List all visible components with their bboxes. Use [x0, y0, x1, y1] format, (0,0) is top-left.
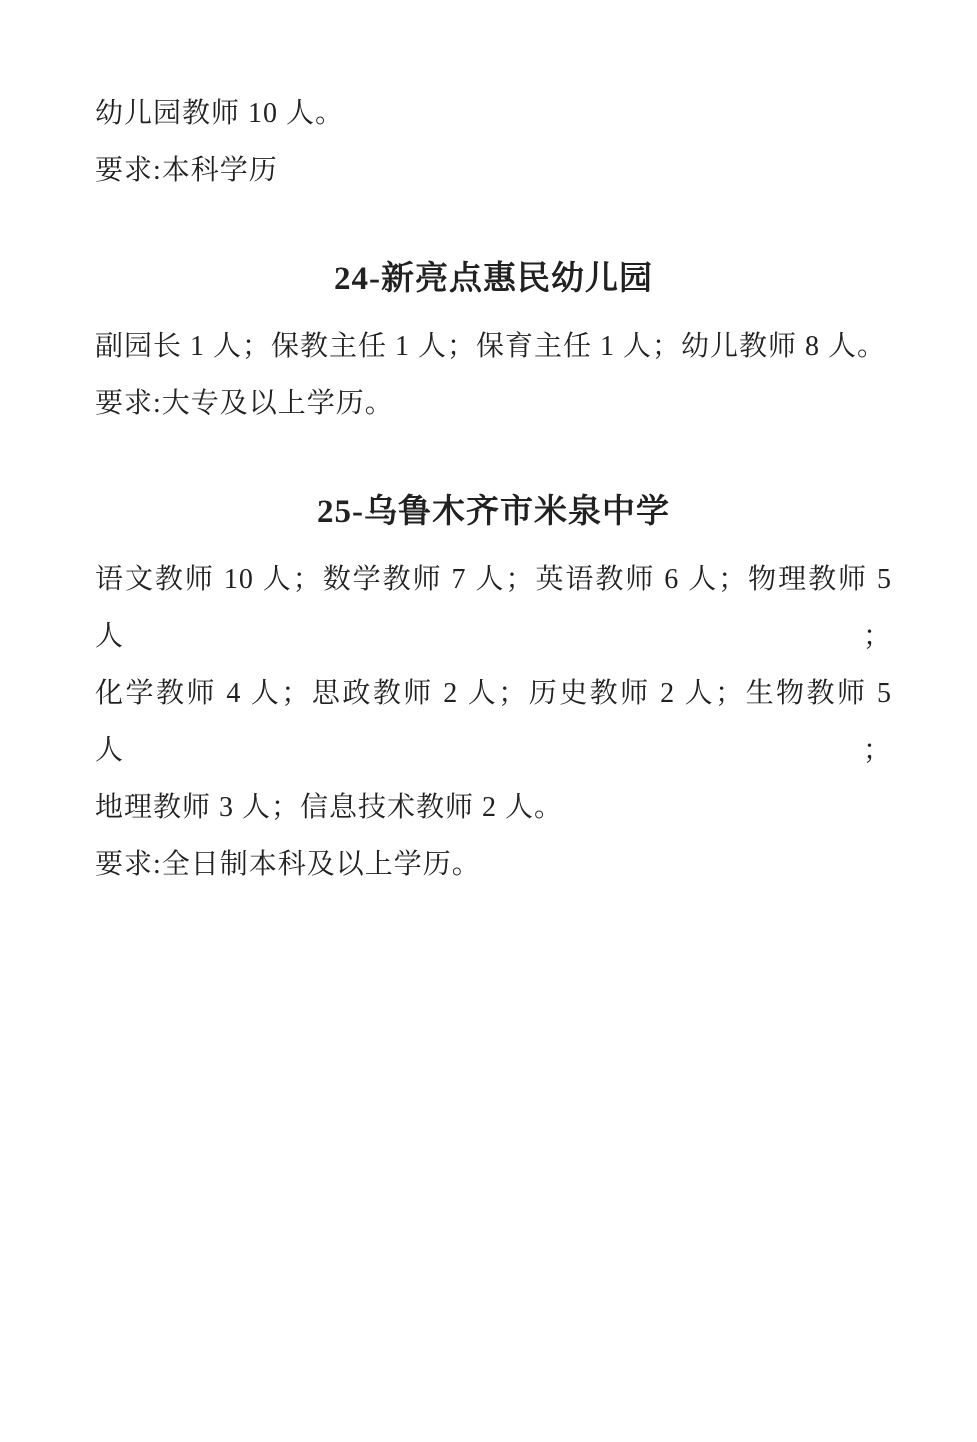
section-24-positions-line: 副园长 1 人；保教主任 1 人；保育主任 1 人；幼儿教师 8 人。	[95, 318, 892, 375]
section-25-requirement-line: 要求:全日制本科及以上学历。	[95, 836, 892, 893]
section-25-positions-line-3: 地理教师 3 人；信息技术教师 2 人。	[95, 779, 892, 836]
section-25-positions-line-1: 语文教师 10 人；数学教师 7 人；英语教师 6 人；物理教师 5 人；	[95, 551, 892, 665]
section-25-heading: 25-乌鲁木齐市米泉中学	[95, 484, 892, 541]
continuation-requirement-line: 要求:本科学历	[95, 142, 892, 199]
section-24-heading: 24-新亮点惠民幼儿园	[95, 251, 892, 308]
section-24-requirement-line: 要求:大专及以上学历。	[95, 375, 892, 432]
section-25-positions-line-2: 化学教师 4 人；思政教师 2 人；历史教师 2 人；生物教师 5 人；	[95, 665, 892, 779]
continuation-positions-line: 幼儿园教师 10 人。	[95, 85, 892, 142]
document-page: 幼儿园教师 10 人。 要求:本科学历 24-新亮点惠民幼儿园 副园长 1 人；…	[0, 0, 977, 1442]
